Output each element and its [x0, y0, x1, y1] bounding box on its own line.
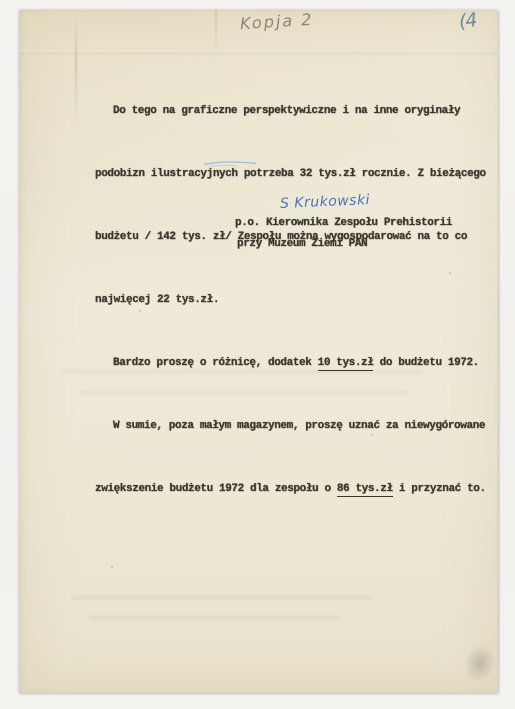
typed-line: Do tego na graficzne perspektywiczne i n… [95, 101, 497, 122]
underlined-amount: 86 tys.zł [337, 483, 393, 497]
typed-line: W sumie, poza małym magazynem, proszę uz… [95, 416, 497, 437]
paper: Kopja 2 (4 Do tego na graficzne perspekt… [19, 10, 498, 693]
ghost-text-bleedthrough [71, 596, 371, 599]
typed-line: zwiększenie budżetu 1972 dla zespołu o 8… [95, 479, 497, 500]
typed-segment: do budżetu 1972. [373, 357, 478, 369]
typed-segment: i przyznać to. [393, 483, 486, 495]
signoff-institution-line: przy Muzeum Ziemi PAN [237, 237, 367, 251]
horizontal-crease [19, 50, 498, 54]
typed-paragraphs: Do tego na graficzne perspektywiczne i n… [95, 59, 497, 542]
signoff-role-line: p.o. Kierownika Zespołu Prehistorii [235, 216, 452, 230]
typed-segment: Bardzo proszę o różnicę, dodatek [113, 357, 318, 369]
smudge-mark [459, 639, 502, 687]
typed-line: podobizn ilustracyjnych potrzeba 32 tys.… [95, 164, 497, 185]
typed-line: najwięcej 22 tys.zł. [95, 290, 497, 311]
vertical-crease [75, 10, 77, 130]
pencil-copy-note: Kopja 2 [239, 10, 313, 33]
underlined-amount: 10 tys.zł [318, 357, 374, 371]
blue-pencil-underline-mark [203, 160, 257, 168]
typed-segment: zwiększenie budżetu 1972 dla zespołu o [95, 483, 337, 495]
ghost-text-bleedthrough [89, 616, 339, 619]
page-number-annotation: (4 [458, 9, 478, 33]
paper-speck [111, 566, 113, 568]
typed-line: Bardzo proszę o różnicę, dodatek 10 tys.… [95, 353, 497, 374]
